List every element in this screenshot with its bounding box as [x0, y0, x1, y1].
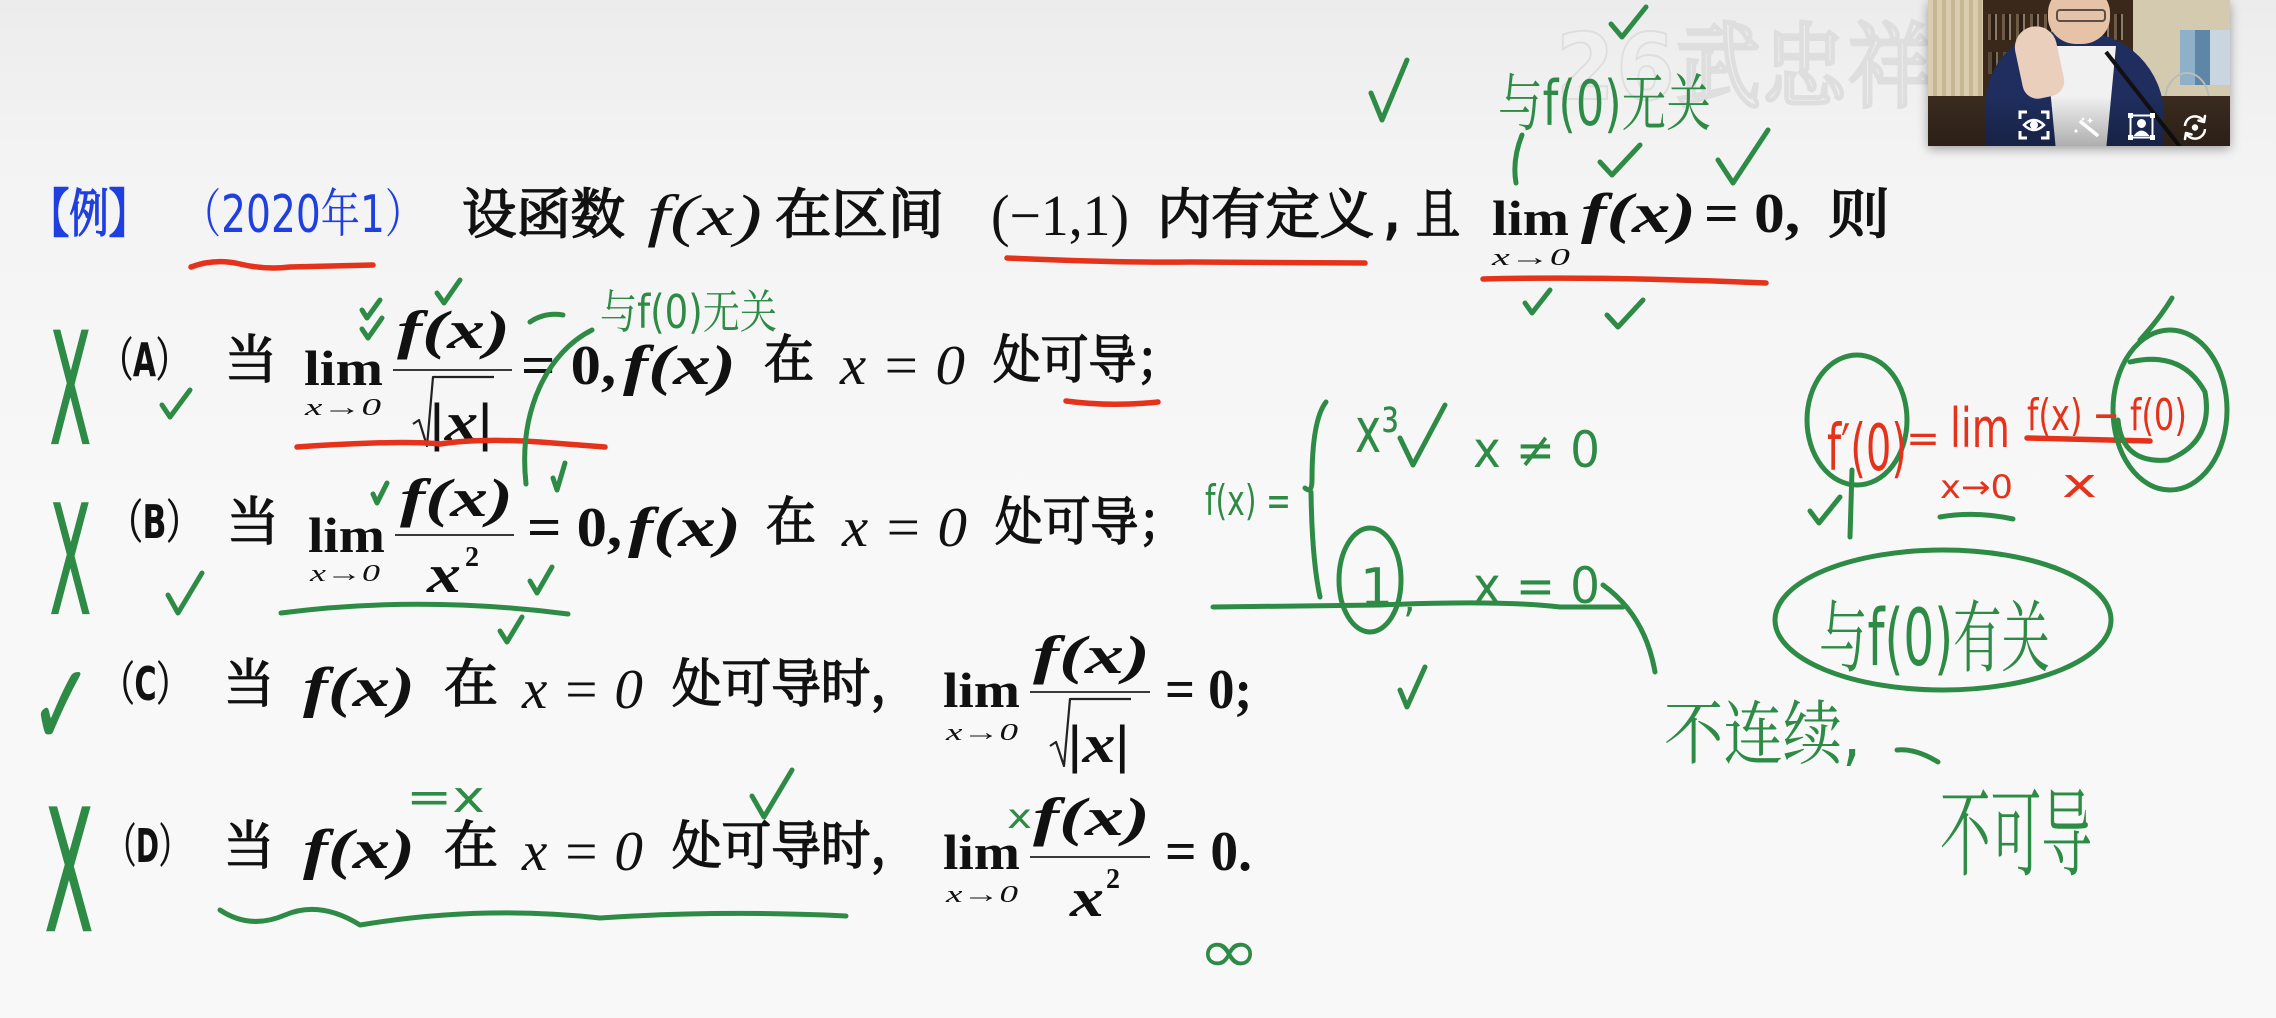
eye-focus-button[interactable]: [2018, 110, 2050, 140]
note-independent-of-f0-top: 与f(0)无关: [1498, 67, 1711, 140]
beauty-filter-button[interactable]: [2073, 117, 2100, 137]
check-mark-icon: [1400, 405, 1445, 465]
check-mark-icon: [500, 617, 522, 642]
switch-camera-icon: [2180, 114, 2210, 141]
dash-stroke: [530, 314, 563, 322]
check-mark-icon: [553, 463, 565, 490]
underline-option-a-differentiable: [1066, 401, 1158, 404]
webcam-preview[interactable]: [1928, 0, 2230, 146]
verdict-mark-d: X: [45, 776, 93, 971]
check-mark-icon: [168, 573, 202, 613]
check-mark-icon: [362, 318, 382, 338]
check-mark-icon: [1515, 135, 1522, 183]
green-notes: 与f(0)无关 与f(0)无关 =x x ∞ f(x) = x³ x ≠ 0 1…: [406, 67, 2092, 987]
dash-stroke: [1897, 750, 1938, 762]
handwritten-annotations: X X ✓ X 与f(0)无关 与f(0)无关 =x x ∞ f(x) = x³…: [0, 0, 2276, 1018]
note-small-x: x: [1007, 797, 1032, 837]
verdict-mark-a: X: [50, 301, 91, 480]
check-mark-icon: [1611, 7, 1646, 37]
check-mark-icon: [752, 770, 792, 817]
underline-limit: [1483, 278, 1766, 283]
piecewise-brace: [1305, 402, 1326, 597]
underline-source: [191, 262, 373, 268]
check-mark-icon: [373, 483, 387, 503]
underline-option-a-fraction: [297, 440, 605, 447]
counterexample-case2-value: 1: [1360, 558, 1393, 618]
magic-wand-icon: [2073, 117, 2100, 137]
check-mark-icon: [1607, 300, 1643, 327]
underline-option-d: [220, 909, 846, 925]
derivative-denominator: x: [2062, 461, 2097, 507]
counterexample-case2-sep: ,: [1403, 576, 1416, 622]
counterexample-lhs: f(x) =: [1205, 476, 1291, 525]
webcam-background-curtain: [1928, 0, 1990, 100]
check-mark-icon: [530, 567, 552, 593]
portrait-mode-button[interactable]: [2128, 113, 2155, 140]
derivative-lim: lim: [1950, 397, 2010, 460]
divider-curve: [1603, 585, 1655, 672]
check-mark-icon: [1810, 497, 1840, 523]
note-depends-on-f0: 与f(0)有关: [1819, 594, 2050, 684]
check-mark-icon: [1525, 290, 1550, 313]
check-mark-icon: [1371, 60, 1407, 120]
counterexample-case2-cond: x = 0: [1473, 557, 1600, 615]
switch-camera-button[interactable]: [2180, 114, 2210, 141]
verdict-mark-b: X: [50, 474, 91, 649]
counterexample-case1-value: x³: [1355, 394, 1399, 467]
check-mark-icon: [1718, 130, 1768, 183]
portrait-frame-icon: [2128, 113, 2155, 140]
derivative-lhs: f′(0): [1827, 412, 1907, 486]
check-mark-icon: [1400, 667, 1425, 707]
derivative-numerator: f(x) − f(0): [2027, 390, 2187, 441]
check-mark-icon: [162, 390, 190, 417]
underline-option-b: [281, 604, 568, 614]
derivative-lim-sub: x→0: [1940, 468, 2013, 506]
red-notes: f′(0) = lim x→0 f(x) − f(0) x: [1827, 390, 2187, 507]
presenter-glasses: [2056, 9, 2106, 22]
derivative-eq: =: [1906, 416, 1940, 462]
note-infinity: ∞: [1198, 917, 1260, 987]
note-discontinuous: 不连续,: [1664, 693, 1861, 775]
check-mark-icon: [1600, 145, 1640, 175]
bracket-curve: [525, 330, 592, 484]
note-equals-x: =x: [406, 772, 485, 823]
underline-limit-sub: [1940, 514, 2013, 519]
option-verdicts: X X ✓ X: [30, 301, 93, 971]
note-independent-of-f0: 与f(0)无关: [600, 285, 777, 339]
note-not-differentiable: 不可导: [1940, 779, 2092, 891]
check-mark-icon: [437, 280, 460, 303]
verdict-mark-c: ✓: [30, 638, 93, 772]
counterexample-case1-cond: x ≠ 0: [1473, 421, 1600, 479]
check-mark-icon: [362, 300, 380, 318]
underline-interval: [1007, 258, 1365, 263]
lecture-frame: 26武忠祥 【例】 （2020年1） 设函数 f(x) 在区间 (−1,1) 内…: [0, 0, 2276, 1018]
eye-focus-icon: [2018, 110, 2050, 140]
